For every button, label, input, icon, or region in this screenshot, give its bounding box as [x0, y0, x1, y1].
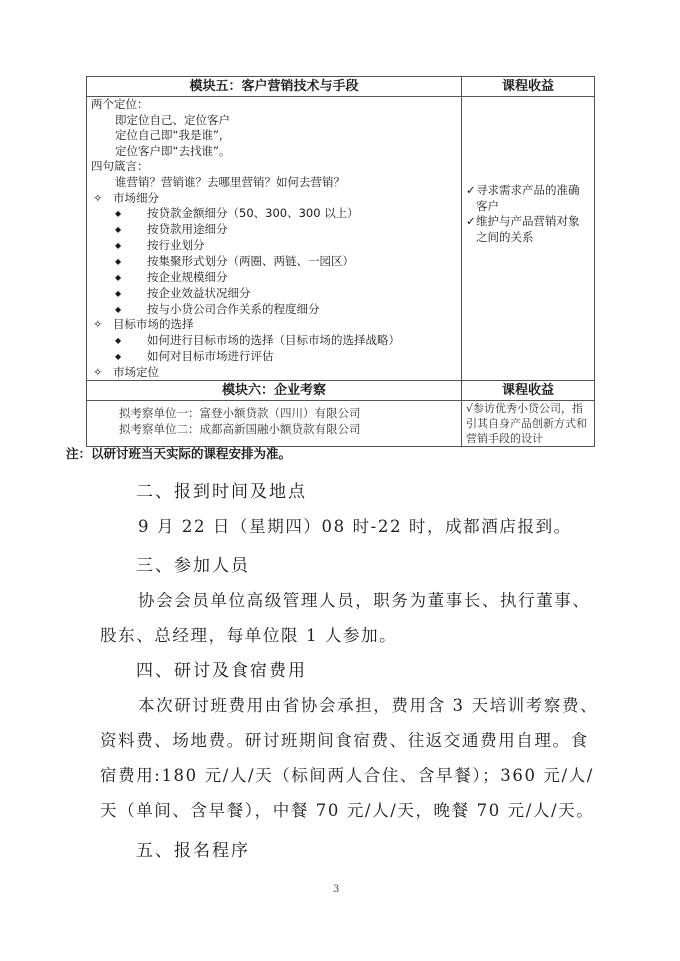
module5-title: 模块五：客户营销技术与手段 [87, 77, 462, 97]
bullet-icon: ◆ [115, 238, 147, 254]
fees-line: 天（单间、含早餐），中餐 70 元/人/天，晚餐 70 元/人/天。 [100, 797, 594, 821]
section-title: 市场定位 [113, 365, 159, 379]
module6-content: 拟考察单位一：富登小额贷款（四川）有限公司 拟考察单位二：成都高新国融小额贷款有… [87, 401, 462, 447]
section-target-market: ✧目标市场的选择 [91, 317, 457, 333]
diamond-icon: ✧ [91, 365, 113, 381]
section-heading-registration: 二、报到时间及地点 [136, 477, 307, 502]
module6-content-row: 拟考察单位一：富登小额贷款（四川）有限公司 拟考察单位二：成都高新国融小额贷款有… [87, 401, 595, 447]
list-item: ◆按集聚形式划分（两圈、两链、一园区） [91, 254, 457, 270]
module5-content: 两个定位： 即定位自己、定位客户 定位自己即“我是谁”， 定位客户即“去找谁”。… [87, 97, 462, 381]
motto-title: 四句箴言： [91, 159, 457, 175]
section-heading-fees: 四、研讨及食宿费用 [136, 656, 307, 681]
list-item: ◆按贷款用途细分 [91, 222, 457, 238]
benefit-item: ✓ 维护与产品营销对象之间的关系 [466, 214, 590, 245]
bullet-icon: ◆ [115, 349, 147, 365]
fees-line: 宿费用:180 元/人/天（标间两人合住、含早餐）；360 元/人/ [100, 762, 594, 786]
list-item: ◆按与小贷公司合作关系的程度细分 [91, 302, 457, 318]
bullet-icon: ◆ [115, 302, 147, 318]
fees-line: 资料费、场地费。研讨班期间食宿费、往返交通费用自理。食 [100, 727, 589, 751]
module5-benefit-header: 课程收益 [462, 77, 595, 97]
section-title: 市场细分 [113, 191, 159, 205]
list-item: ◆如何进行目标市场的选择（目标市场的选择战略） [91, 333, 457, 349]
list-item: ◆按贷款金额细分（50、300、300 以上） [91, 206, 457, 222]
positioning-title: 两个定位： [91, 97, 457, 113]
registration-body: 9 月 22 日（星期四）08 时-22 时，成都酒店报到。 [138, 513, 572, 537]
benefit-item: ✓ 寻求需求产品的准确客户 [466, 183, 590, 214]
module5-content-row: 两个定位： 即定位自己、定位客户 定位自己即“我是谁”， 定位客户即“去找谁”。… [87, 97, 595, 381]
bullet-icon: ◆ [115, 333, 147, 349]
page-number: 3 [333, 884, 339, 895]
list-item: ◆按企业规模细分 [91, 270, 457, 286]
diamond-icon: ✧ [91, 191, 113, 207]
list-item: ◆按企业效益状况细分 [91, 286, 457, 302]
module6-header-row: 模块六：企业考察 课程收益 [87, 381, 595, 401]
visit-unit: 拟考察单位二：成都高新国融小额贷款有限公司 [119, 422, 457, 438]
bullet-icon: ◆ [115, 206, 147, 222]
schedule-note: 注：以研讨班当天实际的课程安排为准。 [66, 444, 291, 462]
bullet-icon: ◆ [115, 222, 147, 238]
module5-benefits: ✓ 寻求需求产品的准确客户 ✓ 维护与产品营销对象之间的关系 [462, 97, 595, 381]
module6-benefit: √参访优秀小贷公司，指引其自身产品创新方式和营销手段的设计 [462, 401, 595, 447]
list-item: ◆按行业划分 [91, 238, 457, 254]
participants-line: 协会会员单位高级管理人员，职务为董事长、执行董事、 [138, 587, 591, 611]
check-icon: ✓ [466, 214, 476, 230]
diamond-icon: ✧ [91, 317, 113, 333]
list-item: ◆如何对目标市场进行评估 [91, 349, 457, 365]
section-heading-signup: 五、报名程序 [136, 836, 250, 861]
module6-title: 模块六：企业考察 [87, 381, 462, 401]
participants-line: 股东、总经理，每单位限 1 人参加。 [100, 622, 397, 646]
positioning-line: 定位客户即“去找谁”。 [91, 144, 457, 160]
motto-line: 谁营销？营销谁？去哪里营销？如何去营销？ [91, 175, 457, 191]
section-title: 目标市场的选择 [113, 317, 194, 331]
bullet-icon: ◆ [115, 270, 147, 286]
visit-unit: 拟考察单位一：富登小额贷款（四川）有限公司 [119, 406, 457, 422]
section-market-positioning: ✧市场定位 [91, 365, 457, 381]
section-market-segmentation: ✧市场细分 [91, 191, 457, 207]
section-heading-participants: 三、参加人员 [136, 551, 250, 576]
check-icon: ✓ [466, 183, 476, 199]
positioning-line: 定位自己即“我是谁”， [91, 128, 457, 144]
bullet-icon: ◆ [115, 254, 147, 270]
bullet-icon: ◆ [115, 286, 147, 302]
module6-benefit-header: 课程收益 [462, 381, 595, 401]
positioning-line: 即定位自己、定位客户 [91, 113, 457, 129]
module5-header-row: 模块五：客户营销技术与手段 课程收益 [87, 77, 595, 97]
fees-line: 本次研讨班费用由省协会承担，费用含 3 天培训考察费、 [138, 692, 598, 716]
course-table: 模块五：客户营销技术与手段 课程收益 两个定位： 即定位自己、定位客户 定位自己… [86, 76, 595, 447]
document-page: 模块五：客户营销技术与手段 课程收益 两个定位： 即定位自己、定位客户 定位自己… [0, 0, 680, 961]
